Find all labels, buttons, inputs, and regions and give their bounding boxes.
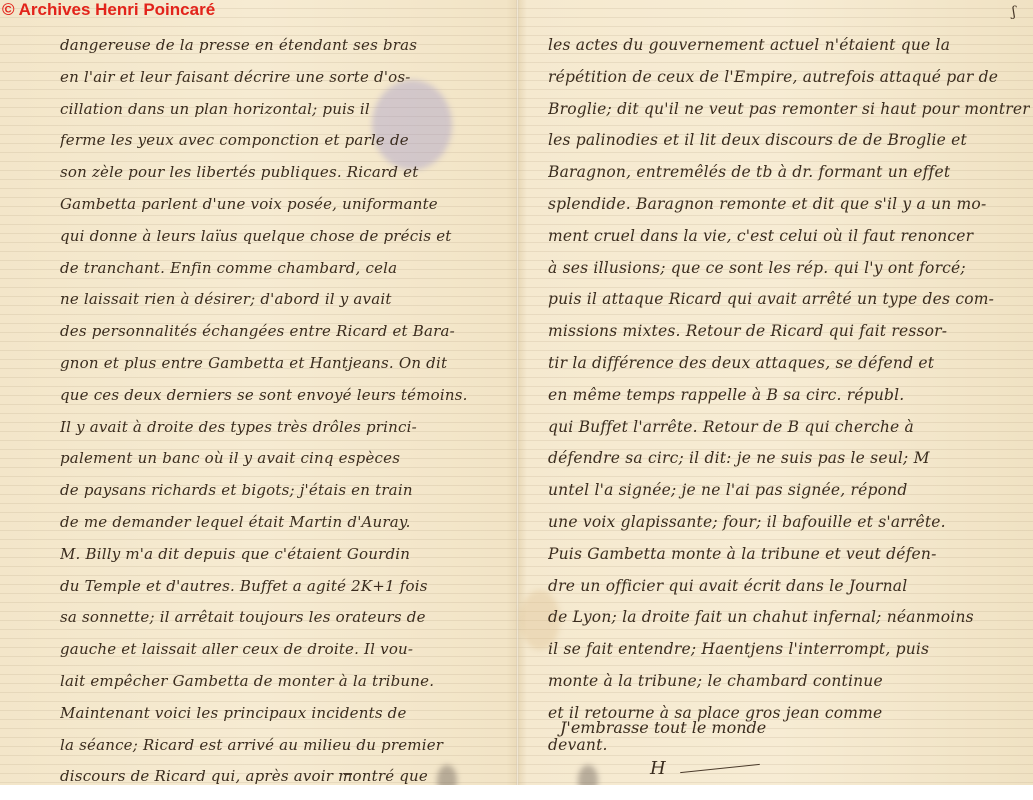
handwritten-line: Broglie; dit qu'il ne veut pas remonter …	[548, 94, 1030, 126]
handwritten-line: lait empêcher Gambetta de monter à la tr…	[60, 666, 515, 698]
handwritten-line: dangereuse de la presse en étendant ses …	[60, 30, 515, 62]
handwritten-line: qui donne à leurs laïus quelque chose de…	[60, 221, 515, 253]
handwritten-line: la séance; Ricard est arrivé au milieu d…	[60, 730, 515, 762]
handwritten-line: de Lyon; la droite fait un chahut infern…	[548, 602, 1030, 634]
handwritten-line: ne laissait rien à désirer; d'abord il y…	[60, 284, 515, 316]
handwritten-line: en l'air et leur faisant décrire une sor…	[60, 62, 515, 94]
handwritten-line: puis il attaque Ricard qui avait arrêté …	[548, 284, 1030, 316]
handwritten-line: de paysans richards et bigots; j'étais e…	[60, 475, 515, 507]
handwritten-line: il se fait entendre; Haentjens l'interro…	[548, 634, 1030, 666]
handwritten-line: une voix glapissante; four; il bafouille…	[548, 507, 1030, 539]
handwritten-line: cillation dans un plan horizontal; puis …	[60, 94, 515, 126]
handwritten-line: que ces deux derniers se sont envoyé leu…	[60, 380, 515, 412]
handwritten-line: palement un banc où il y avait cinq espè…	[60, 443, 515, 475]
signature-flourish	[680, 764, 760, 773]
handwritten-line: son zèle pour les libertés publiques. Ri…	[60, 157, 515, 189]
corner-mark: ʃ	[1012, 4, 1016, 20]
handwritten-line: de me demander lequel était Martin d'Aur…	[60, 507, 515, 539]
handwritten-line: untel l'a signée; je ne l'ai pas signée,…	[548, 475, 1030, 507]
page-fold	[516, 0, 519, 785]
handwritten-line: Baragnon, entremêlés de tb à dr. formant…	[548, 157, 1030, 189]
handwritten-line: dre un officier qui avait écrit dans le …	[548, 571, 1030, 603]
scan-margin	[0, 785, 1033, 800]
handwritten-line: les actes du gouvernement actuel n'étaie…	[548, 30, 1030, 62]
handwritten-line: en même temps rappelle à B sa circ. répu…	[548, 380, 1030, 412]
handwritten-line: ferme les yeux avec componction et parle…	[60, 125, 515, 157]
handwritten-line: sa sonnette; il arrêtait toujours les or…	[60, 602, 515, 634]
handwritten-line: défendre sa circ; il dit: je ne suis pas…	[548, 443, 1030, 475]
handwritten-line: gauche et laissait aller ceux de droite.…	[60, 634, 515, 666]
handwritten-line: tir la différence des deux attaques, se …	[548, 348, 1030, 380]
handwritten-line: répétition de ceux de l'Empire, autrefoi…	[548, 62, 1030, 94]
copyright-watermark: © Archives Henri Poincaré	[2, 0, 215, 20]
handwritten-line: Maintenant voici les principaux incident…	[60, 698, 515, 730]
handwritten-line: de tranchant. Enfin comme chambard, cela	[60, 253, 515, 285]
left-page: dangereuse de la presse en étendant ses …	[60, 30, 515, 793]
handwritten-line: qui Buffet l'arrête. Retour de B qui che…	[548, 412, 1030, 444]
signature: H	[650, 758, 666, 779]
handwritten-line: Gambetta parlent d'une voix posée, unifo…	[60, 189, 515, 221]
handwritten-line: des personnalités échangées entre Ricard…	[60, 316, 515, 348]
closing-line: J'embrasse tout le monde	[560, 718, 766, 737]
handwritten-line: Il y avait à droite des types très drôle…	[60, 412, 515, 444]
letter-scan: dangereuse de la presse en étendant ses …	[0, 0, 1033, 785]
handwritten-line: M. Billy m'a dit depuis que c'étaient Go…	[60, 539, 515, 571]
handwritten-line: missions mixtes. Retour de Ricard qui fa…	[548, 316, 1030, 348]
handwritten-line: splendide. Baragnon remonte et dit que s…	[548, 189, 1030, 221]
handwritten-line: à ses illusions; que ce sont les rép. qu…	[548, 253, 1030, 285]
handwritten-line: gnon et plus entre Gambetta et Hantjeans…	[60, 348, 515, 380]
handwritten-line: Puis Gambetta monte à la tribune et veut…	[548, 539, 1030, 571]
right-page: les actes du gouvernement actuel n'étaie…	[548, 30, 1030, 761]
handwritten-line: ment cruel dans la vie, c'est celui où i…	[548, 221, 1030, 253]
handwritten-line: du Temple et d'autres. Buffet a agité 2K…	[60, 571, 515, 603]
handwritten-line: monte à la tribune; le chambard continue	[548, 666, 1030, 698]
handwritten-line: les palinodies et il lit deux discours d…	[548, 125, 1030, 157]
bottom-dash	[344, 773, 352, 775]
